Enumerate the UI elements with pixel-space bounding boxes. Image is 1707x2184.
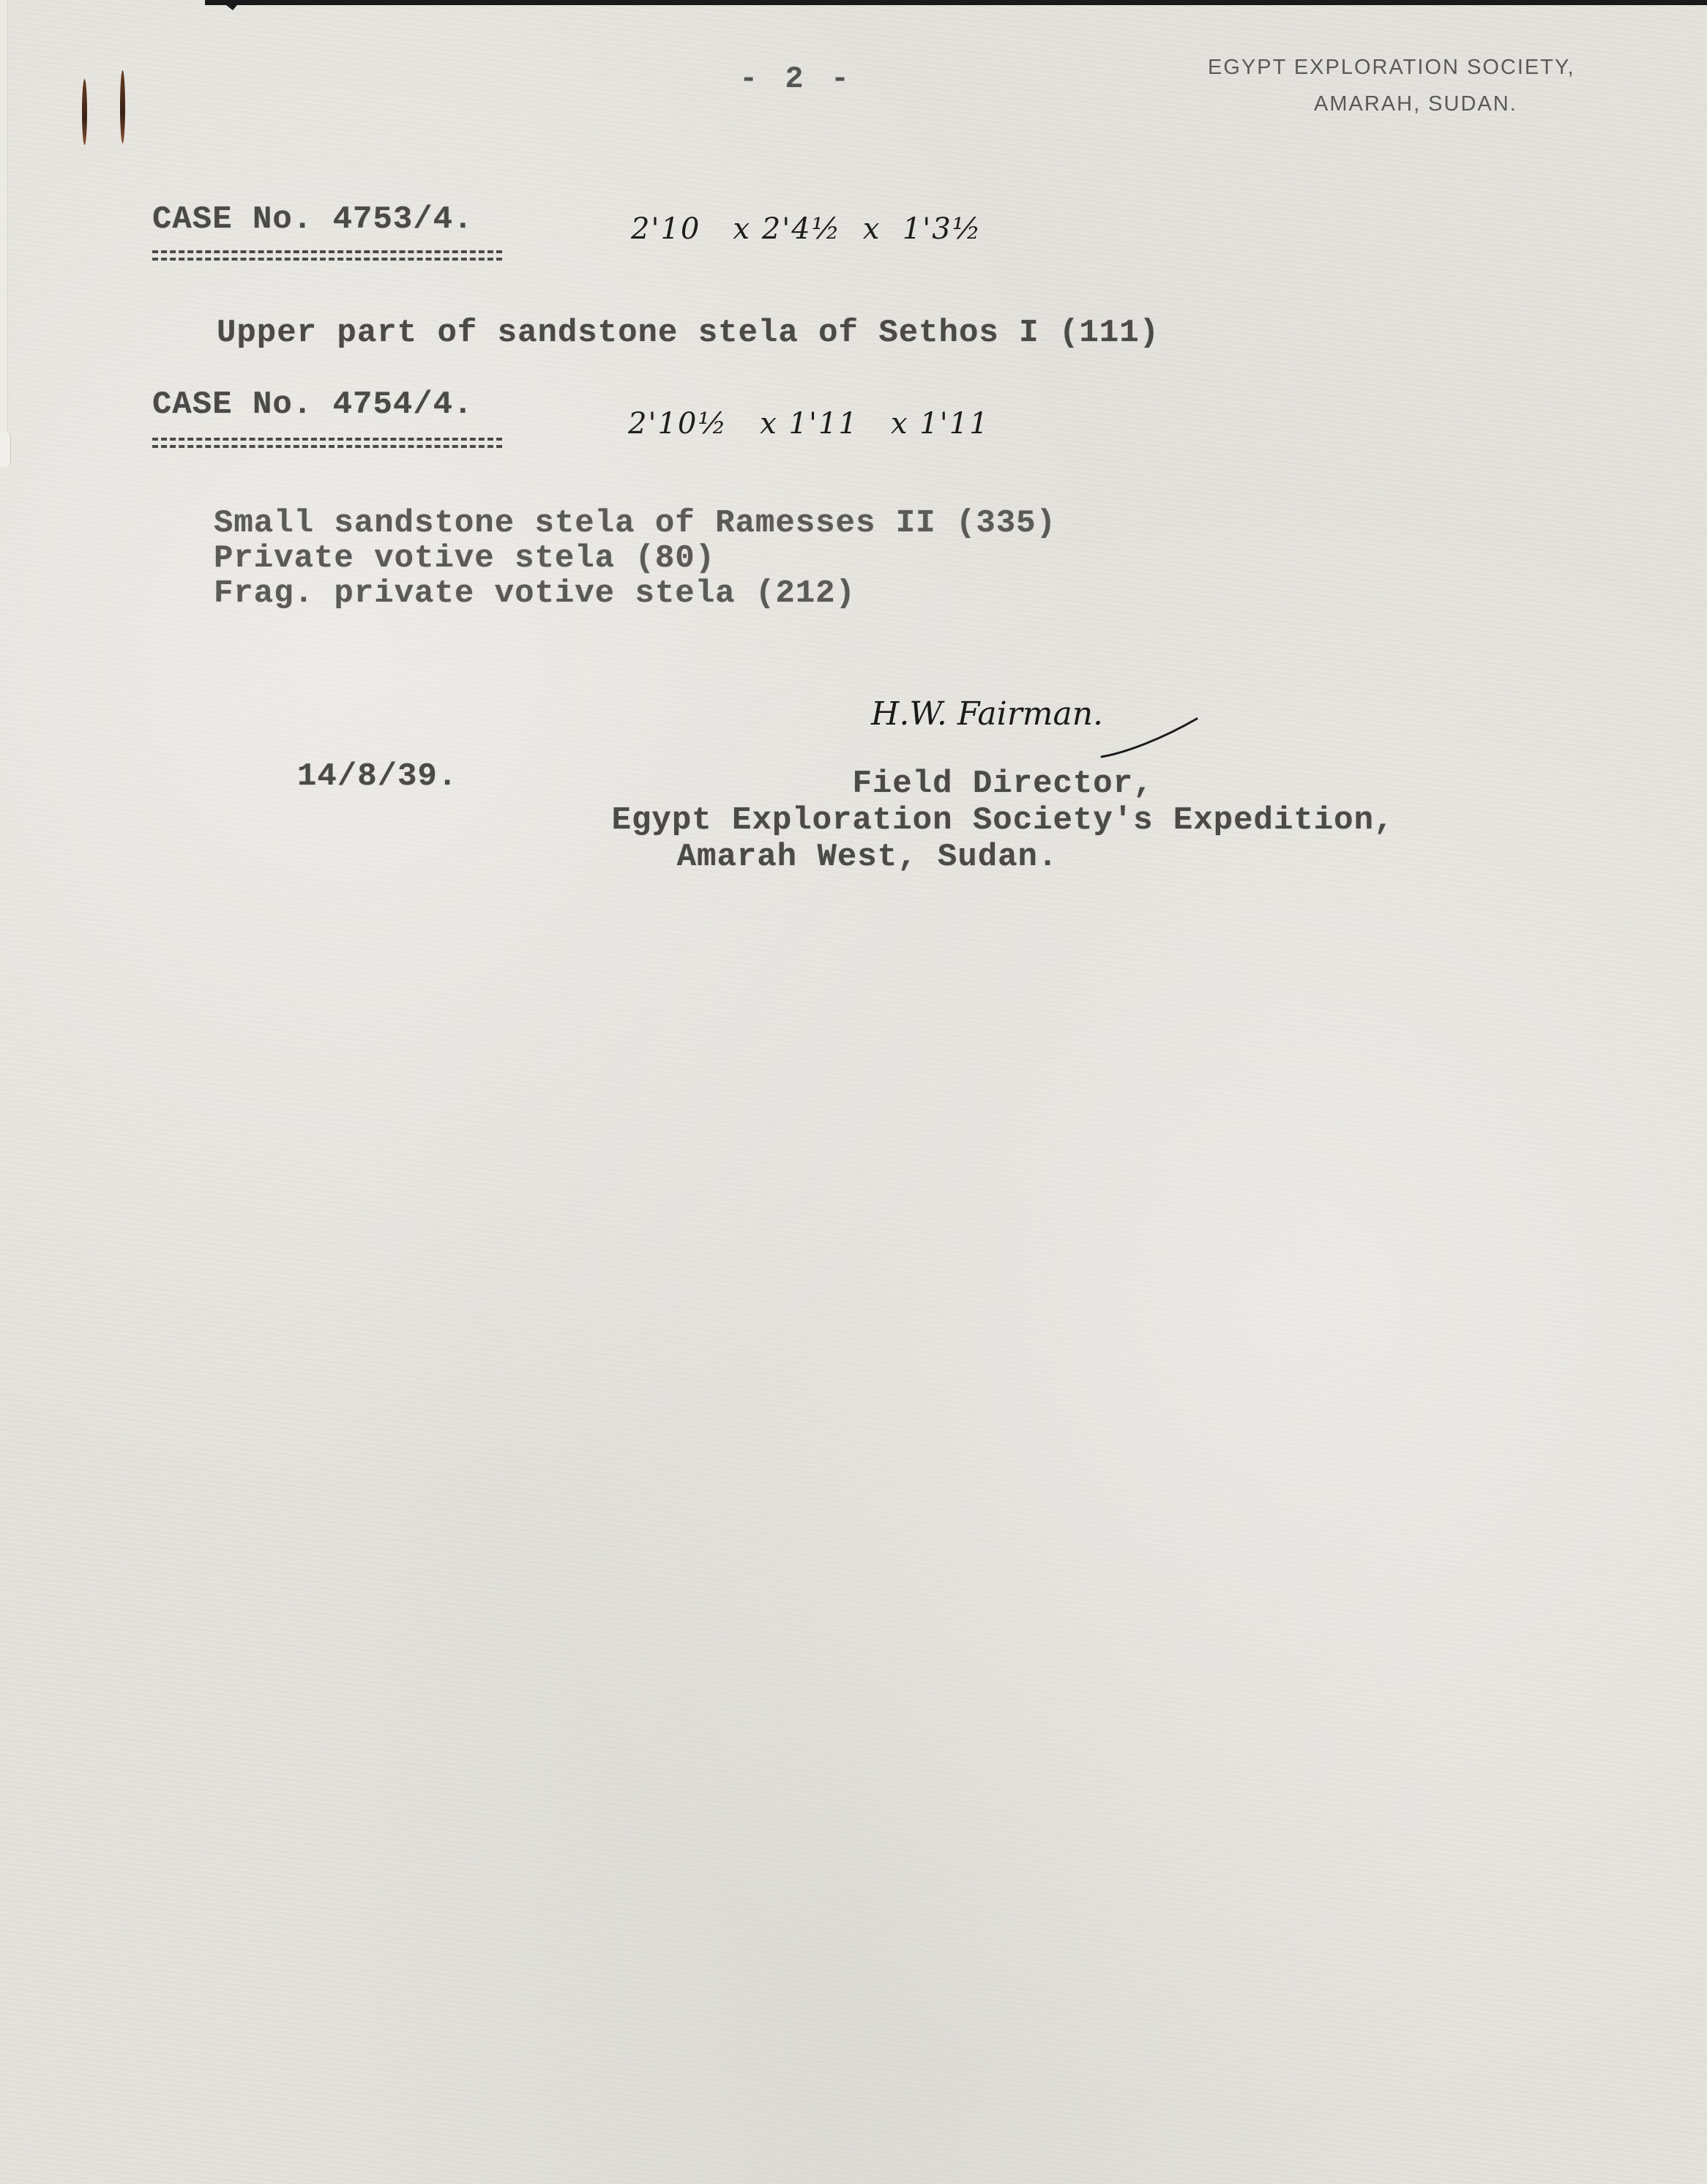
signer-location: Amarah West, Sudan. bbox=[578, 839, 1157, 875]
dimensions-handwritten: 2'10 x 2'4½ x 1'3½ bbox=[631, 212, 982, 246]
double-underline bbox=[152, 250, 502, 261]
letterhead-line-1: EGYPT EXPLORATION SOCIETY, bbox=[1208, 56, 1575, 80]
scan-top-edge bbox=[205, 0, 1707, 5]
date: 14/8/39. bbox=[297, 758, 457, 795]
paper-tear bbox=[0, 432, 11, 467]
paper-left-edge bbox=[0, 0, 8, 439]
case-label: CASE No. 4754/4. bbox=[152, 386, 473, 423]
staple-rust-mark bbox=[120, 70, 125, 143]
case-label: CASE No. 4753/4. bbox=[152, 201, 473, 238]
double-underline bbox=[152, 438, 502, 448]
signature-flourish bbox=[1098, 716, 1200, 760]
dimensions-handwritten: 2'10½ x 1'11 x 1'11 bbox=[628, 407, 990, 441]
case-item: Frag. private votive stela (212) bbox=[214, 575, 856, 612]
signer-organization: Egypt Exploration Society's Expedition, bbox=[578, 802, 1427, 839]
case-item: Private votive stela (80) bbox=[214, 540, 715, 577]
case-item: Small sandstone stela of Ramesses II (33… bbox=[214, 505, 1056, 542]
letterhead-line-2: AMARAH, SUDAN. bbox=[1314, 92, 1517, 116]
page-number: - 2 - bbox=[739, 61, 853, 97]
case-item: Upper part of sandstone stela of Sethos … bbox=[217, 315, 1159, 351]
signer-title: Field Director, bbox=[578, 766, 1427, 802]
scan-top-notch bbox=[220, 0, 242, 10]
handwritten-signature: H.W. Fairman. bbox=[871, 695, 1103, 733]
staple-rust-mark bbox=[82, 79, 87, 145]
